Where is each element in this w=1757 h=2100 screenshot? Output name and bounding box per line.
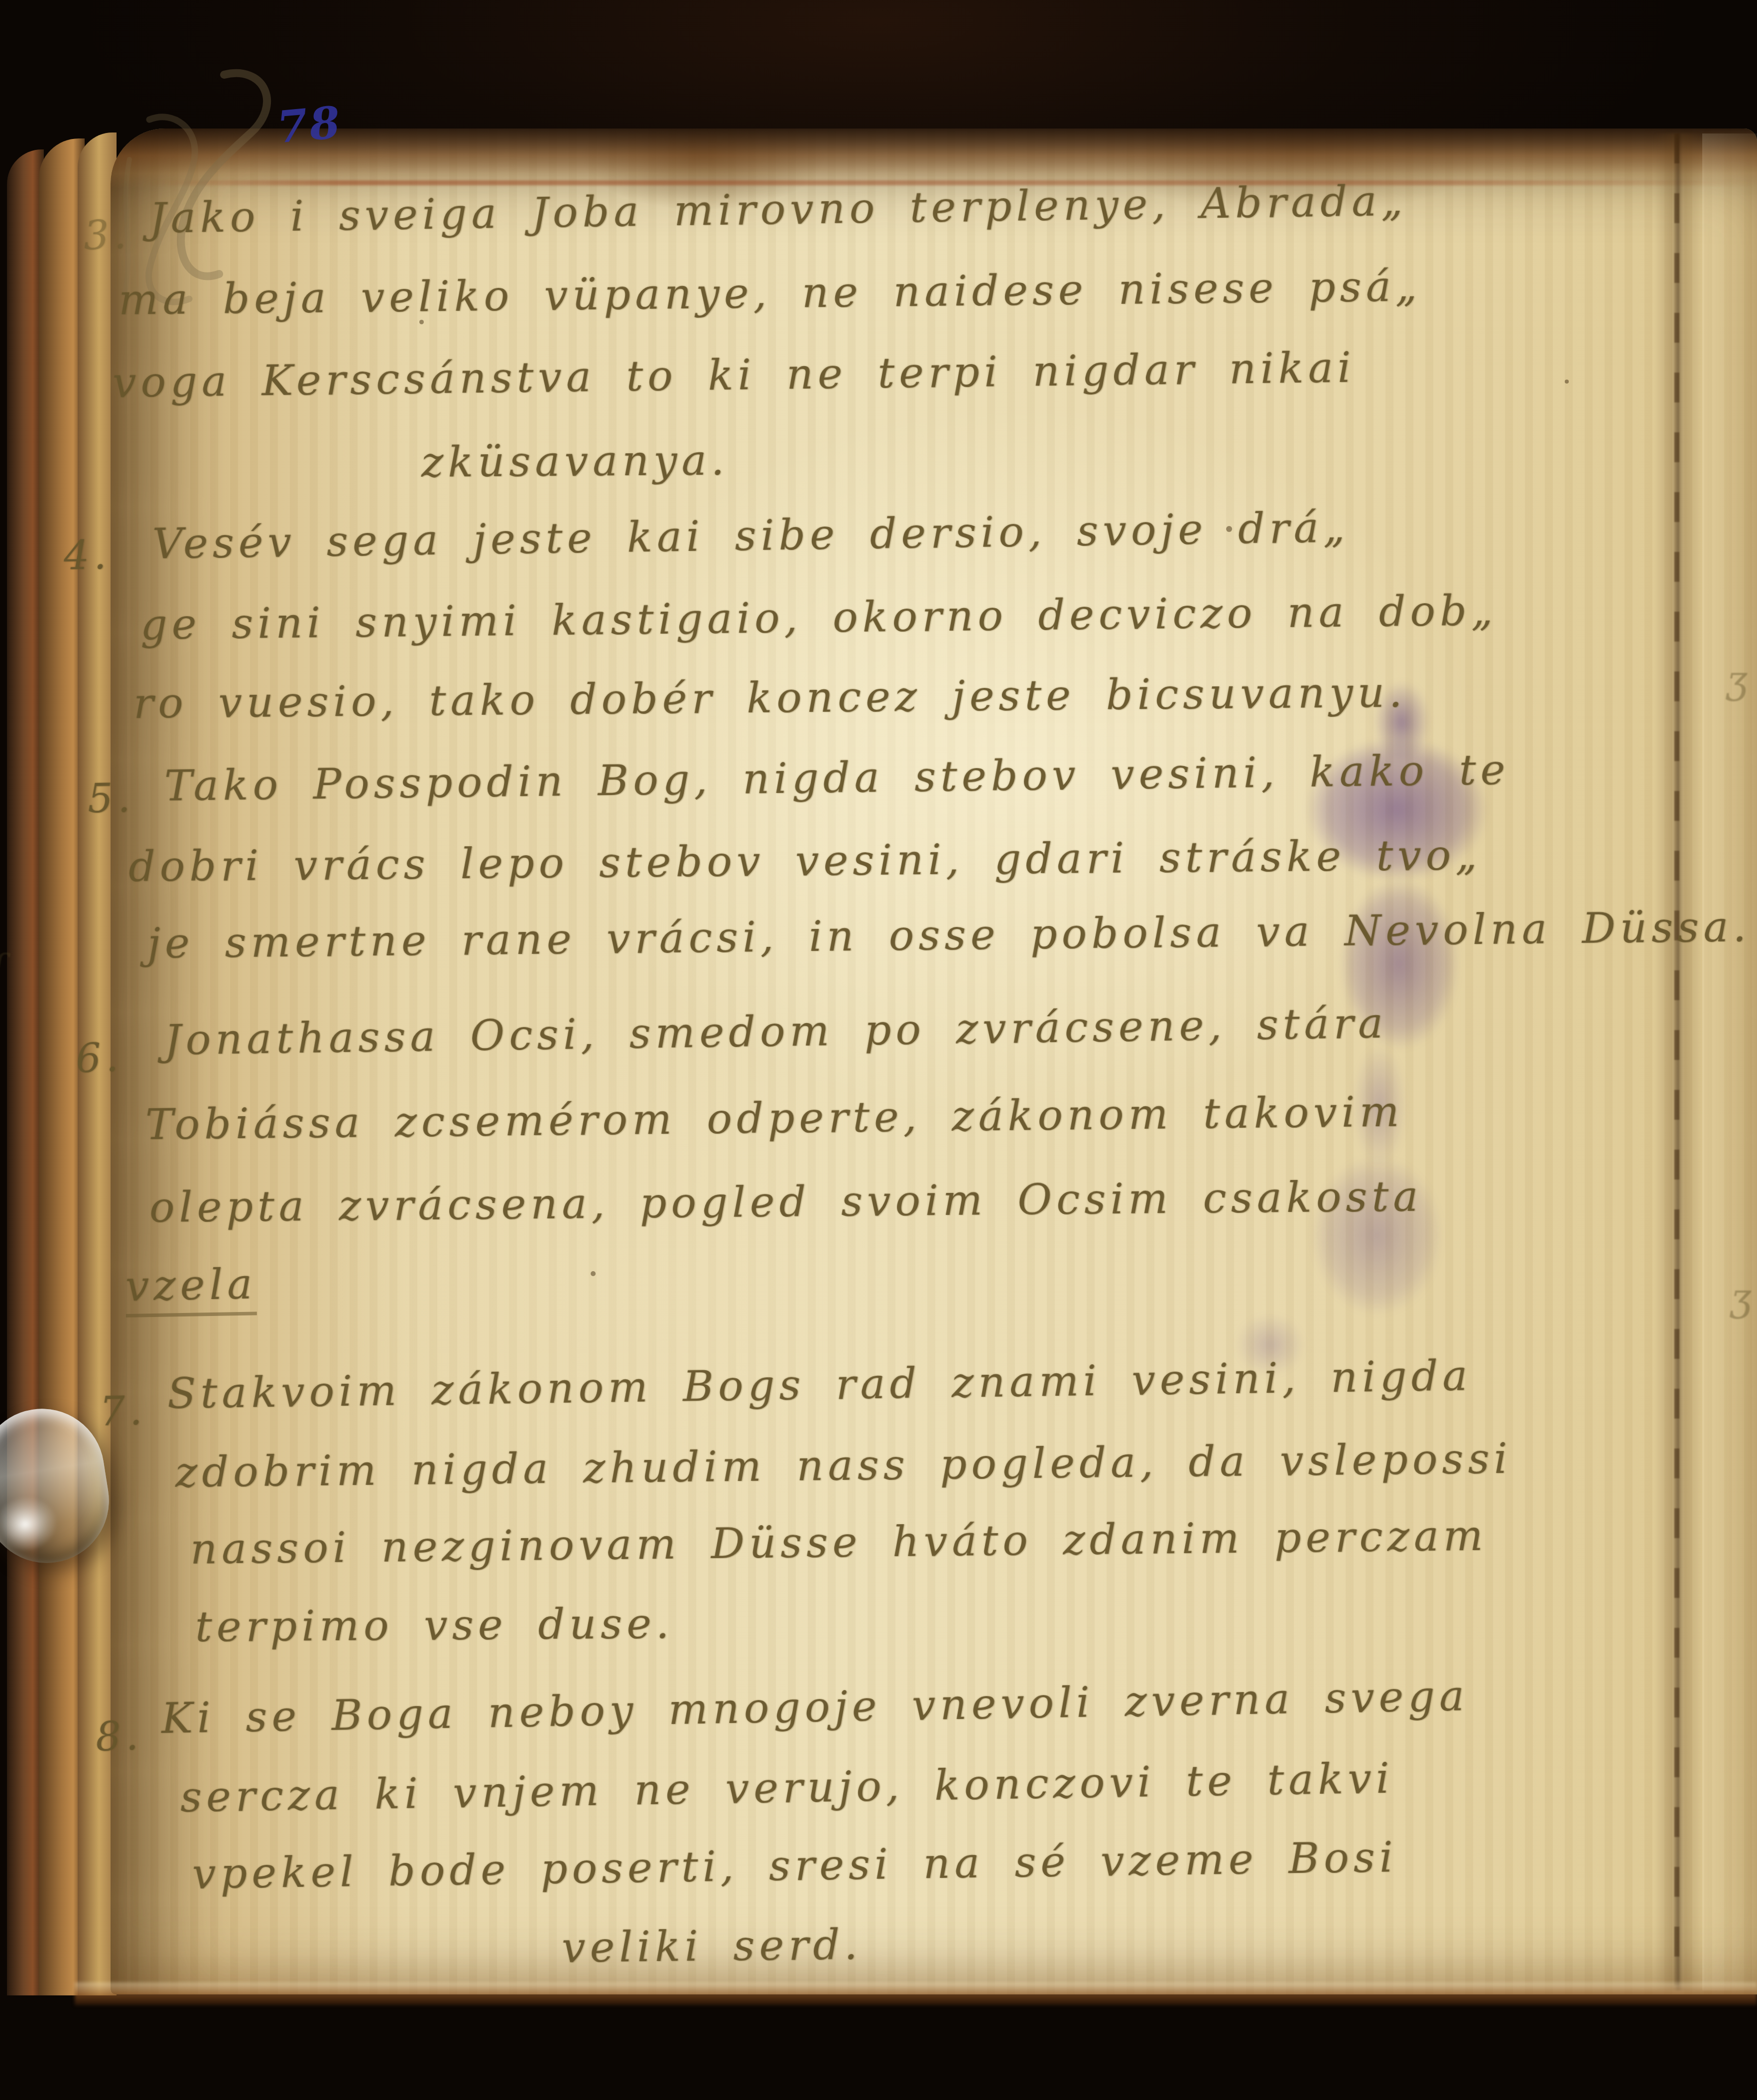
ink-dot: [419, 320, 424, 324]
paragraph-marker: 6.: [75, 1036, 123, 1081]
page-fold-crease-core: [1674, 133, 1679, 1985]
ink-dot: [1565, 380, 1569, 384]
handwritten-line: veliki serd.: [562, 1922, 863, 1971]
ink-dot: [1226, 526, 1232, 532]
paragraph-marker: 5.: [87, 776, 135, 821]
handwritten-line: ro vuesio, tako dobér koncez jeste bicsu…: [133, 669, 1407, 727]
paragraph-marker: 3.: [83, 213, 131, 258]
handwritten-line-underlined: vzela: [125, 1261, 257, 1317]
next-page-edge: [1702, 133, 1757, 1990]
page-top-burnt-edge: [111, 129, 1757, 188]
paragraph-marker: 8.: [95, 1714, 143, 1759]
next-page-ink-fragment: ʒ: [1730, 1275, 1752, 1319]
handwritten-line: olepta zvrácsena, pogled svoim Ocsim csa…: [149, 1174, 1423, 1231]
handwritten-line: zküsavanya.: [421, 437, 729, 486]
ink-dot: [591, 1271, 596, 1276]
handwritten-line: terpimo vse duse.: [195, 1600, 674, 1650]
paragraph-marker: 7.: [99, 1389, 147, 1434]
gutter-ink-fragment: ſ: [0, 946, 5, 991]
photo-background: { "document": { "page_number": "78", "pa…: [0, 0, 1757, 2100]
paragraph-marker: 4.: [63, 533, 111, 578]
page-number: 78: [275, 96, 344, 153]
gutter-page-edges-outer: [7, 149, 44, 1995]
page-bottom-edge: [75, 1982, 1757, 2005]
glass-highlight: [0, 1492, 61, 1556]
next-page-ink-fragment: ʒ: [1726, 657, 1748, 702]
